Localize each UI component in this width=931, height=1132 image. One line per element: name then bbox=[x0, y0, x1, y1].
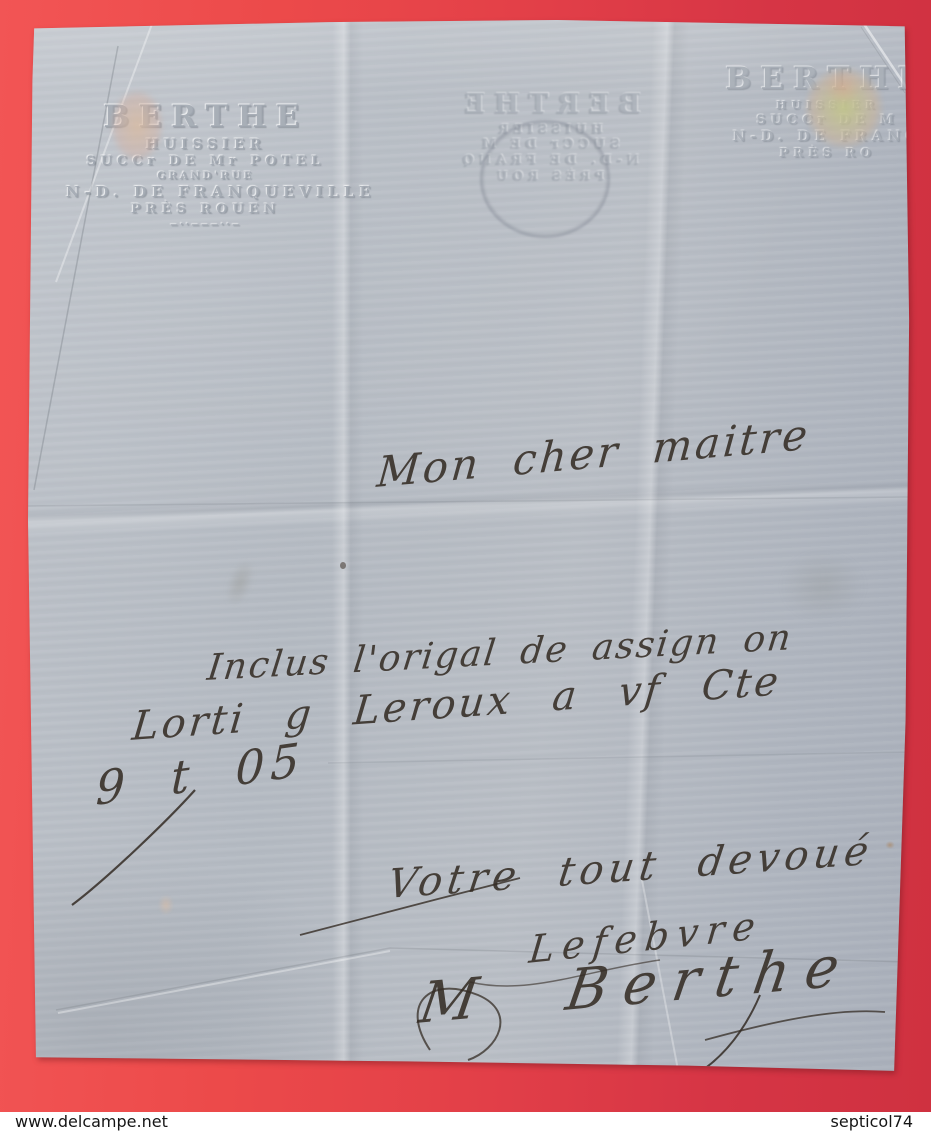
stain-top-left bbox=[102, 78, 172, 173]
letterhead-left-near: PRÈS ROUEN bbox=[66, 202, 346, 218]
letterhead-center-name: BERTHE bbox=[428, 88, 668, 122]
flourish-signature-tail bbox=[705, 1011, 885, 1040]
letterhead-left-street: GRAND'RUE bbox=[66, 171, 346, 184]
watermark-footer: www.delcampe.net septicol74 bbox=[0, 1112, 931, 1132]
photo-backdrop: BERTHE HUISSIER SUCCr DE Mr POTEL GRAND'… bbox=[0, 0, 931, 1132]
postmark-circle bbox=[480, 120, 610, 238]
letter-paper-wrap: BERTHE HUISSIER SUCCr DE Mr POTEL GRAND'… bbox=[28, 20, 910, 1073]
letter-paper: BERTHE HUISSIER SUCCr DE Mr POTEL GRAND'… bbox=[28, 20, 910, 1073]
stain-wax-seal-pink bbox=[818, 64, 868, 110]
handwriting-salutation: Mon cher maitre bbox=[375, 410, 812, 497]
letterhead-left-ornament: ‒··‒‒‒··‒ bbox=[66, 218, 346, 232]
letterhead-left-town: N-D. DE FRANQUEVILLE bbox=[66, 183, 346, 202]
letterhead-left-successor: SUCCr DE Mr POTEL bbox=[66, 154, 346, 170]
speck-dark bbox=[340, 562, 346, 569]
watermark-seller: septicol74 bbox=[831, 1112, 913, 1131]
handwriting-closing: Votre tout devoué bbox=[385, 828, 876, 908]
speck-pale-left bbox=[156, 892, 176, 918]
watermark-delcampe: www.delcampe.net bbox=[15, 1112, 168, 1131]
smudge-center-left bbox=[214, 547, 267, 620]
speck-brown-right bbox=[884, 840, 896, 850]
